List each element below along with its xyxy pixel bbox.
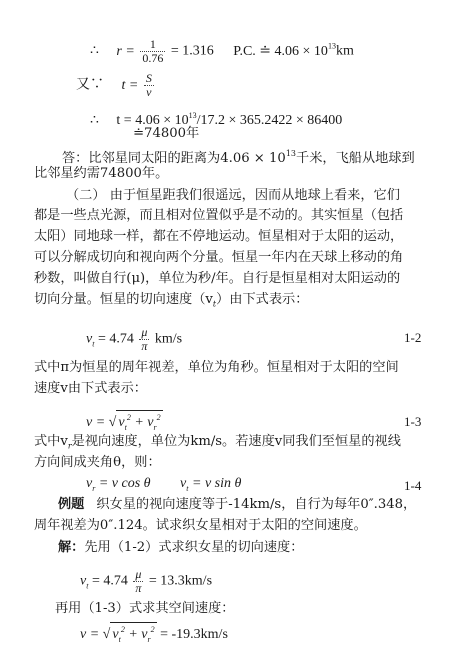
para2-line-4: 可以分解成切向和视向两个分量。恒星一年内在天球上移动的角 (34, 250, 403, 266)
subscript: r (92, 484, 95, 493)
text: 切向分量。恒星的切向速度（v (34, 292, 213, 307)
exponent: 2 (127, 413, 131, 422)
pc-value: P.C. ≐ 4.06 × 10 (233, 44, 328, 59)
eq-rhs: = -19.3km/s (160, 627, 228, 642)
para4-line-2: 方向间成夹角θ，则： (34, 455, 161, 471)
because-prefix: 又∵ (76, 78, 104, 93)
exponent: 13 (286, 149, 296, 158)
text: ）由下式表示： (216, 292, 308, 307)
subscript: r (147, 635, 150, 644)
eq-lhs: r = (116, 44, 134, 59)
eq-rhs: = 13.3km/s (149, 574, 212, 589)
subscript: t (125, 423, 127, 432)
frac-num: μ (133, 568, 143, 582)
frac-den: v (144, 86, 154, 99)
equation-1-2: vt = 4.74 μπ km/s (86, 326, 182, 353)
answer-line-2: 比邻星约需74800年。 (34, 166, 168, 182)
equation-1-3: v = √vt2 + vr2 (86, 410, 163, 435)
eq-rhs: = v sin θ (192, 476, 241, 491)
sqrt-body: vt2 + vr2 (116, 410, 162, 435)
example-label: 例题 (58, 497, 84, 512)
exponent: 13 (189, 111, 197, 120)
equation-1-4: vr = v cos θ vt = v sin θ (86, 476, 241, 497)
para2-line-5: 秒数，叫做自行(μ)，单位为秒/年。自行是恒星相对太阳运动的 (34, 271, 400, 287)
eq-rest: /17.2 × 365.2422 × 86400 (197, 113, 343, 128)
therefore-symbol: ∴ (90, 44, 99, 59)
fraction: μπ (139, 326, 149, 353)
equation-number-1-3: 1-3 (404, 414, 421, 430)
subscript: t (119, 635, 121, 644)
eq-coef: = 4.74 (92, 574, 128, 589)
exponent: 2 (121, 625, 125, 634)
fraction: 10.76 (140, 38, 165, 65)
eq-lhs: t = (122, 78, 139, 93)
frac-den: π (133, 582, 143, 595)
frac-num: S (144, 72, 154, 86)
sqrt-body: vt2 + vr2 (110, 622, 156, 647)
equation-t-def: 又∵ t = Sv (76, 72, 156, 99)
text: 是视向速度，单位为km/s。若速度v同我们至恒星的视线 (72, 434, 401, 449)
equation-number-1-4: 1-4 (404, 478, 421, 494)
subscript: r (153, 423, 156, 432)
eq-rhs: = 1.316 (171, 44, 214, 59)
equation-t-value: ∴ t = 4.06 × 1013/17.2 × 365.2422 × 8640… (90, 108, 342, 129)
answer-rest: 千米，飞船从地球到 (296, 151, 415, 166)
subscript: t (186, 484, 188, 493)
eq-coef: = 4.74 (98, 332, 134, 347)
solution-text: 先用（1-2）式求织女星的切向速度： (84, 540, 303, 555)
solution-line-1: 解：先用（1-2）式求织女星的切向速度： (58, 540, 303, 556)
unit: km/s (155, 332, 182, 347)
pc-exponent: 13 (328, 42, 336, 51)
fraction: Sv (144, 72, 154, 99)
para3-line-1: 式中π为恒星的周年视差，单位为角秒。恒星相对于太阳的空间 (34, 360, 399, 376)
frac-den: 0.76 (140, 52, 165, 65)
solution-equation-vt: vt = 4.74 μπ = 13.3km/s (80, 568, 212, 595)
frac-num: μ (139, 326, 149, 340)
frac-den: π (139, 340, 149, 353)
para2-line-6: 切向分量。恒星的切向速度（vt）由下式表示： (34, 292, 308, 313)
eq-lhs: v = √ (86, 415, 116, 430)
para4-line-1: 式中vr是视向速度，单位为km/s。若速度v同我们至恒星的视线 (34, 434, 401, 455)
answer-text: 答：比邻星同太阳的距离为4.06 × 10 (62, 151, 286, 166)
example-line-1: 例题织女星的视向速度等于-14km/s，自行为每年0″.348， (58, 497, 416, 513)
exponent: 2 (151, 625, 155, 634)
para2-line-2: 都是一些点光源，而且相对位置似乎是不动的。其实恒星（包括 (34, 208, 403, 224)
para2-line-3: 太阳）同地球一样，都在不停地运动。恒星相对于太阳的运动， (34, 229, 403, 245)
subscript: t (86, 582, 88, 591)
text: 式中v (34, 434, 68, 449)
fraction: μπ (133, 568, 143, 595)
solution-line-2: 再用（1-3）式求其空间速度： (55, 601, 235, 617)
solution-equation-v: v = √vt2 + vr2 = -19.3km/s (80, 622, 228, 647)
eq-rhs: = v cos θ (99, 476, 151, 491)
equation-r: ∴ r = 10.76 = 1.316 P.C. ≐ 4.06 × 1013km (90, 38, 354, 65)
para2-line-1: （二） 由于恒星距我们很遥远，因而从地球上看来，它们 (66, 188, 400, 204)
pc-unit: km (336, 44, 354, 59)
example-text: 织女星的视向速度等于-14km/s，自行为每年0″.348， (96, 497, 416, 512)
eq-lhs: v = √ (80, 627, 110, 642)
exponent: 2 (157, 413, 161, 422)
para3-line-2: 速度v由下式表示： (34, 381, 147, 397)
therefore-symbol: ∴ (90, 113, 99, 128)
result-years: ≐74800年 (133, 126, 199, 142)
frac-num: 1 (140, 38, 165, 52)
subscript: t (92, 340, 94, 349)
example-line-2: 周年视差为0″.124。试求织女星相对于太阳的空间速度。 (34, 518, 367, 534)
equation-number-1-2: 1-2 (404, 330, 421, 346)
solution-label: 解： (58, 540, 84, 555)
answer-line-1: 答：比邻星同太阳的距离为4.06 × 1013千米，飞船从地球到 (62, 146, 415, 167)
